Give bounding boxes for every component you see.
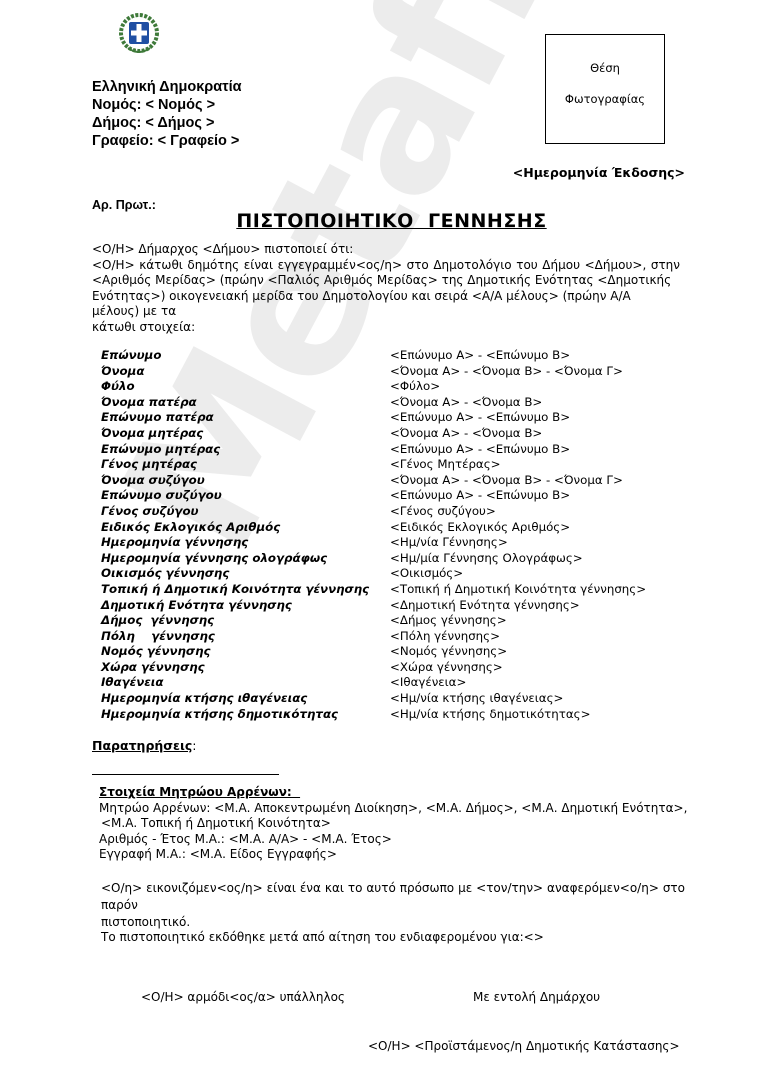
field-label: Τοπική ή Δημοτική Κοινότητα γέννησης bbox=[101, 582, 390, 598]
field-label: Ειδικός Εκλογικός Αριθμός bbox=[101, 520, 390, 536]
field-value: <Ειδικός Εκλογικός Αριθμός> bbox=[390, 520, 570, 536]
field-row: Όνομα συζύγου<Όνομα Α> - <Όνομα Β> - <Όν… bbox=[101, 473, 681, 489]
field-row: Ημερομηνία γέννησης ολογράφως<Ημ/μία Γέν… bbox=[101, 551, 681, 567]
field-value: <Ημ/νία κτήσης ιθαγένειας> bbox=[390, 691, 563, 707]
field-value: <Ημ/νία κτήσης δημοτικότητας> bbox=[390, 707, 590, 723]
field-label: Ημερομηνία κτήσης δημοτικότητας bbox=[101, 707, 390, 723]
field-row: Επώνυμο<Επώνυμο Α> - <Επώνυμο Β> bbox=[101, 348, 681, 364]
field-label: Όνομα bbox=[101, 364, 390, 380]
field-label: Φύλο bbox=[101, 379, 390, 395]
field-row: Φύλο<Φύλο> bbox=[101, 379, 681, 395]
field-label: Οικισμός γέννησης bbox=[101, 566, 390, 582]
field-label: Επώνυμο πατέρα bbox=[101, 410, 390, 426]
identity-line: <Ο/η> εικονιζόμεν<ος/η> είναι ένα και το… bbox=[101, 880, 685, 914]
issue-date: <Ημερομηνία Έκδοσης> bbox=[513, 165, 685, 180]
field-value: <Τοπική ή Δημοτική Κοινότητα γέννησης> bbox=[390, 582, 646, 598]
field-value: <Όνομα Α> - <Όνομα Β> - <Όνομα Γ> bbox=[390, 473, 623, 489]
photo-label-line2: Φωτογραφίας bbox=[546, 92, 664, 106]
field-row: Γένος συζύγου<Γένος συζύγου> bbox=[101, 504, 681, 520]
field-label: Δήμος γέννησης bbox=[101, 613, 390, 629]
field-value: <Επώνυμο Α> - <Επώνυμο Β> bbox=[390, 442, 570, 458]
male-registry-line: Αριθμός - Έτος Μ.Α.: <Μ.Α. Α/Α> - <Μ.Α. … bbox=[99, 832, 691, 848]
field-value: <Νομός γέννησης> bbox=[390, 644, 507, 660]
document-title: ΠΙΣΤΟΠΟΙΗΤΙΚΟ ΓΕΝΝΗΣΗΣ bbox=[0, 210, 768, 232]
intro-line: <Ο/Η> κάτωθι δημότης είναι εγγεγραμμέν<ο… bbox=[92, 258, 680, 274]
field-row: Νομός γέννησης<Νομός γέννησης> bbox=[101, 644, 681, 660]
field-value: <Επώνυμο Α> - <Επώνυμο Β> bbox=[390, 348, 570, 364]
prefecture: Νομός: < Νομός > bbox=[92, 96, 242, 114]
field-label: Ημερομηνία γέννησης ολογράφως bbox=[101, 551, 390, 567]
field-label: Ημερομηνία κτήσης ιθαγένειας bbox=[101, 691, 390, 707]
field-value: <Πόλη γέννησης> bbox=[390, 629, 500, 645]
identity-statement: <Ο/η> εικονιζόμεν<ος/η> είναι ένα και το… bbox=[101, 880, 685, 931]
field-row: Ημερομηνία γέννησης<Ημ/νία Γέννησης> bbox=[101, 535, 681, 551]
field-label: Επώνυμο bbox=[101, 348, 390, 364]
intro-line: <Ο/Η> Δήμαρχος <Δήμου> πιστοποιεί ότι: bbox=[92, 242, 680, 258]
office: Γραφείο: < Γραφείο > bbox=[92, 132, 242, 150]
field-value: <Χώρα γέννησης> bbox=[390, 660, 503, 676]
identity-line: πιστοποιητικό. bbox=[101, 914, 685, 931]
issuing-authority: Ελληνική Δημοκρατία Νομός: < Νομός > Δήμ… bbox=[92, 78, 242, 150]
field-label: Γένος μητέρας bbox=[101, 457, 390, 473]
field-label: Νομός γέννησης bbox=[101, 644, 390, 660]
field-value: <Φύλο> bbox=[390, 379, 440, 395]
intro-line: κάτωθι στοιχεία: bbox=[92, 320, 680, 336]
by-order-of-mayor: Με εντολή Δημάρχου bbox=[473, 990, 600, 1004]
field-value: <Επώνυμο Α> - <Επώνυμο Β> bbox=[390, 410, 570, 426]
municipality: Δήμος: < Δήμος > bbox=[92, 114, 242, 132]
field-row: Πόλη γέννησης<Πόλη γέννησης> bbox=[101, 629, 681, 645]
field-value: <Γένος συζύγου> bbox=[390, 504, 496, 520]
male-registry-line: Εγγραφή Μ.Α.: <Μ.Α. Είδος Εγγραφής> bbox=[99, 847, 691, 863]
field-label: Δημοτική Ενότητα γέννησης bbox=[101, 598, 390, 614]
field-value: <Δημοτική Ενότητα γέννησης> bbox=[390, 598, 580, 614]
field-value: <Οικισμός> bbox=[390, 566, 463, 582]
head-signature: <Ο/Η> <Προϊστάμενος/η Δημοτικής Κατάστασ… bbox=[368, 1039, 680, 1053]
male-registry-line: <Μ.Α. Τοπική ή Δημοτική Κοινότητα> bbox=[101, 816, 691, 832]
requested-for: Το πιστοποιητικό εκδόθηκε μετά από αίτησ… bbox=[101, 930, 544, 944]
intro-line: <Αριθμός Μερίδας> (πρώην <Παλιός Αριθμός… bbox=[92, 273, 680, 289]
field-label: Ημερομηνία γέννησης bbox=[101, 535, 390, 551]
field-label: Επώνυμο συζύγου bbox=[101, 488, 390, 504]
field-value: <Όνομα Α> - <Όνομα Β> bbox=[390, 395, 542, 411]
field-label: Πόλη γέννησης bbox=[101, 629, 390, 645]
field-label: Όνομα μητέρας bbox=[101, 426, 390, 442]
field-row: Όνομα<Όνομα Α> - <Όνομα Β> - <Όνομα Γ> bbox=[101, 364, 681, 380]
country-name: Ελληνική Δημοκρατία bbox=[92, 78, 242, 96]
field-row: Όνομα πατέρα<Όνομα Α> - <Όνομα Β> bbox=[101, 395, 681, 411]
field-label: Ιθαγένεια bbox=[101, 675, 390, 691]
remarks-section: Παρατηρήσεις: bbox=[92, 738, 197, 753]
field-value: <Όνομα Α> - <Όνομα Β> bbox=[390, 426, 542, 442]
field-row: Ημερομηνία κτήσης δημοτικότητας<Ημ/νία κ… bbox=[101, 707, 681, 723]
field-label: Χώρα γέννησης bbox=[101, 660, 390, 676]
field-row: Ιθαγένεια<Ιθαγένεια> bbox=[101, 675, 681, 691]
field-row: Όνομα μητέρας<Όνομα Α> - <Όνομα Β> bbox=[101, 426, 681, 442]
employee-signature: <Ο/Η> αρμόδι<ος/α> υπάλληλος bbox=[141, 990, 345, 1004]
field-row: Γένος μητέρας<Γένος Μητέρας> bbox=[101, 457, 681, 473]
field-value: <Δήμος γέννησης> bbox=[390, 613, 507, 629]
male-registry-line: Μητρώο Αρρένων: <Μ.Α. Αποκεντρωμένη Διοί… bbox=[99, 801, 691, 817]
male-registry-heading: Στοιχεία Μητρώου Αρρένων: bbox=[99, 785, 691, 801]
field-value: <Ημ/μία Γέννησης Ολογράφως> bbox=[390, 551, 583, 567]
field-row: Οικισμός γέννησης<Οικισμός> bbox=[101, 566, 681, 582]
field-row: Επώνυμο συζύγου<Επώνυμο Α> - <Επώνυμο Β> bbox=[101, 488, 681, 504]
field-value: <Ιθαγένεια> bbox=[390, 675, 466, 691]
field-value: <Επώνυμο Α> - <Επώνυμο Β> bbox=[390, 488, 570, 504]
personal-details: Επώνυμο<Επώνυμο Α> - <Επώνυμο Β>Όνομα<Όν… bbox=[101, 348, 681, 722]
greek-coat-of-arms-icon bbox=[118, 12, 160, 56]
field-value: <Ημ/νία Γέννησης> bbox=[390, 535, 508, 551]
field-value: <Όνομα Α> - <Όνομα Β> - <Όνομα Γ> bbox=[390, 364, 623, 380]
male-registry-section: Στοιχεία Μητρώου Αρρένων: Μητρώο Αρρένων… bbox=[101, 785, 691, 863]
photo-label-line1: Θέση bbox=[546, 61, 664, 75]
field-row: Δήμος γέννησης<Δήμος γέννησης> bbox=[101, 613, 681, 629]
field-label: Όνομα πατέρα bbox=[101, 395, 390, 411]
field-label: Όνομα συζύγου bbox=[101, 473, 390, 489]
field-row: Ημερομηνία κτήσης ιθαγένειας<Ημ/νία κτήσ… bbox=[101, 691, 681, 707]
field-row: Επώνυμο μητέρας<Επώνυμο Α> - <Επώνυμο Β> bbox=[101, 442, 681, 458]
field-row: Χώρα γέννησης<Χώρα γέννησης> bbox=[101, 660, 681, 676]
intro-paragraph: <Ο/Η> Δήμαρχος <Δήμου> πιστοποιεί ότι: <… bbox=[92, 242, 680, 336]
field-label: Επώνυμο μητέρας bbox=[101, 442, 390, 458]
field-row: Ειδικός Εκλογικός Αριθμός<Ειδικός Εκλογι… bbox=[101, 520, 681, 536]
field-row: Δημοτική Ενότητα γέννησης<Δημοτική Ενότη… bbox=[101, 598, 681, 614]
photo-placeholder: Θέση Φωτογραφίας bbox=[545, 34, 665, 144]
intro-line: Ενότητας>) οικογενειακή μερίδα του Δημοτ… bbox=[92, 289, 680, 320]
remarks-label: Παρατηρήσεις bbox=[92, 738, 192, 753]
field-label: Γένος συζύγου bbox=[101, 504, 390, 520]
remarks-colon: : bbox=[192, 738, 196, 753]
divider-line bbox=[92, 774, 279, 775]
field-row: Επώνυμο πατέρα<Επώνυμο Α> - <Επώνυμο Β> bbox=[101, 410, 681, 426]
field-row: Τοπική ή Δημοτική Κοινότητα γέννησης<Τοπ… bbox=[101, 582, 681, 598]
field-value: <Γένος Μητέρας> bbox=[390, 457, 501, 473]
